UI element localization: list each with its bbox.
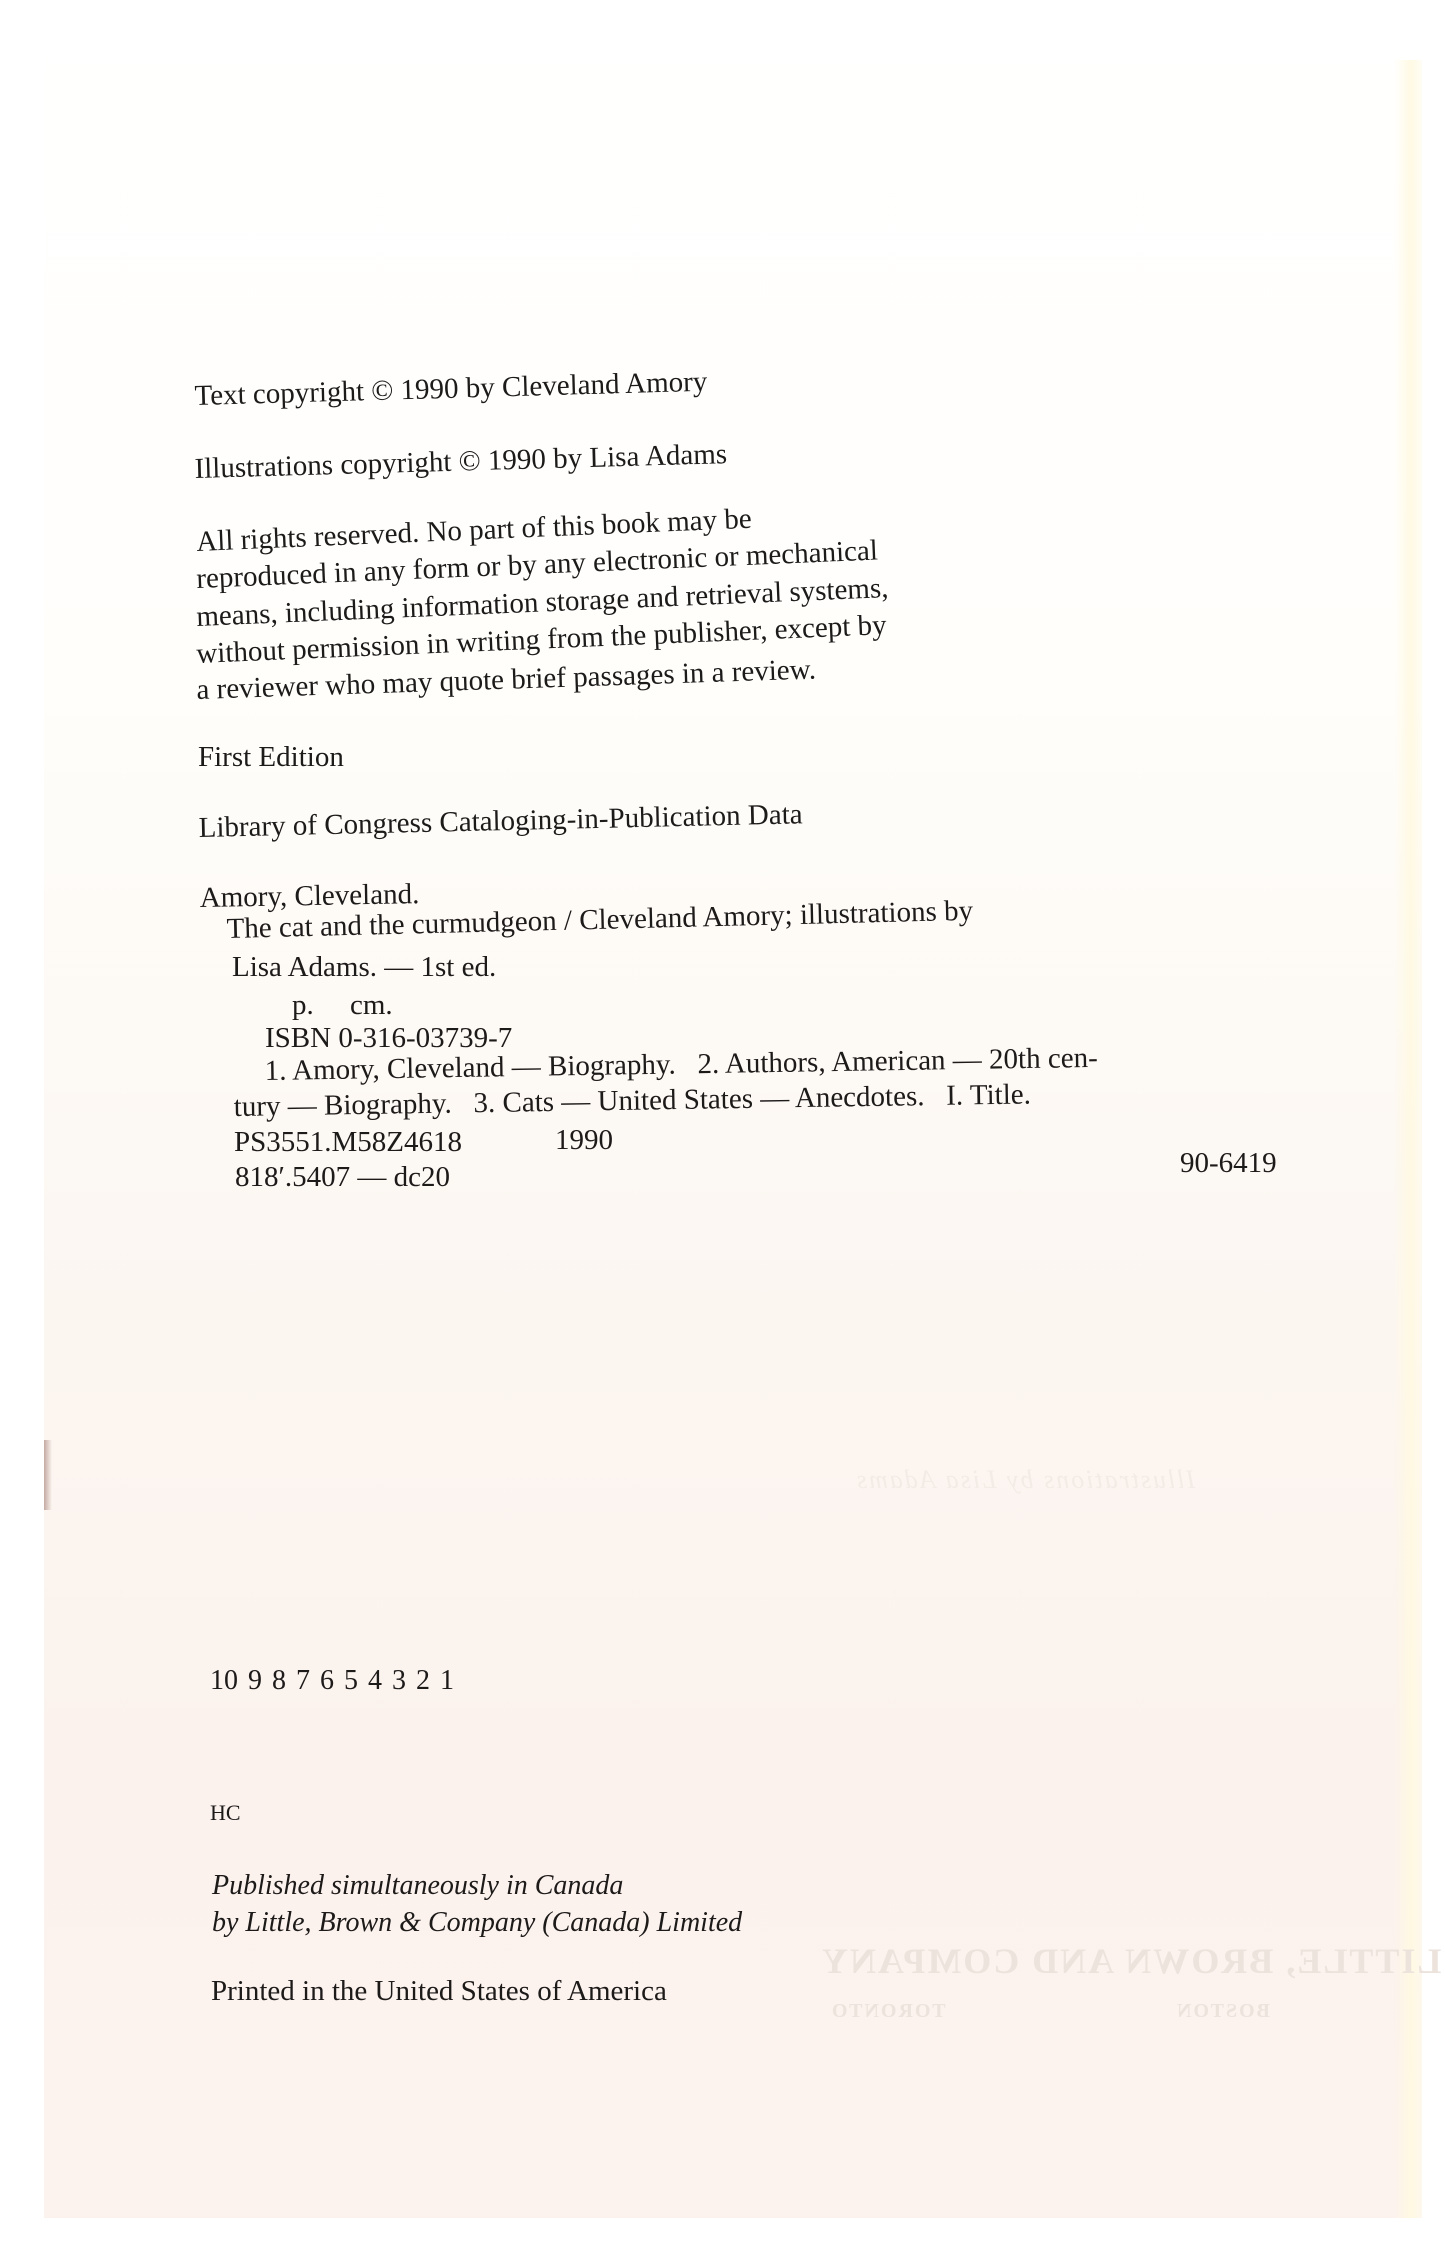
cip-collation: p. cm. [292, 991, 393, 1020]
show-through-illustrator: Illustrations by Lisa Adams [855, 1465, 1195, 1495]
canada-line-1: Published simultaneously in Canada [212, 1872, 623, 1900]
edition: First Edition [198, 743, 344, 772]
show-through-city-left: BOSTON [1175, 2000, 1270, 2023]
binding-code: HC [210, 1802, 241, 1824]
page-edge-shadow [44, 1440, 52, 1510]
printed-in: Printed in the United States of America [211, 1977, 667, 2006]
canada-line-2: by Little, Brown & Company (Canada) Limi… [212, 1909, 742, 1937]
cip-dewey: 818′.5407 — dc20 [235, 1163, 450, 1192]
cip-lc-class: PS3551.M58Z4618 [234, 1128, 462, 1157]
cip-lc-year: 1990 [555, 1126, 613, 1155]
cip-title-line-2: Lisa Adams. — 1st ed. [232, 953, 496, 982]
cip-isbn: ISBN 0-316-03739-7 [265, 1024, 512, 1053]
show-through-publisher: LITTLE, BROWN AND COMPANY [820, 1940, 1441, 1982]
show-through-city-right: TORONTO [830, 2000, 946, 2023]
cip-author: Amory, Cleveland. [199, 880, 419, 913]
cip-lccn: 90-6419 [1180, 1149, 1277, 1178]
printing-line: 10 9 8 7 6 5 4 3 2 1 [210, 1667, 454, 1695]
